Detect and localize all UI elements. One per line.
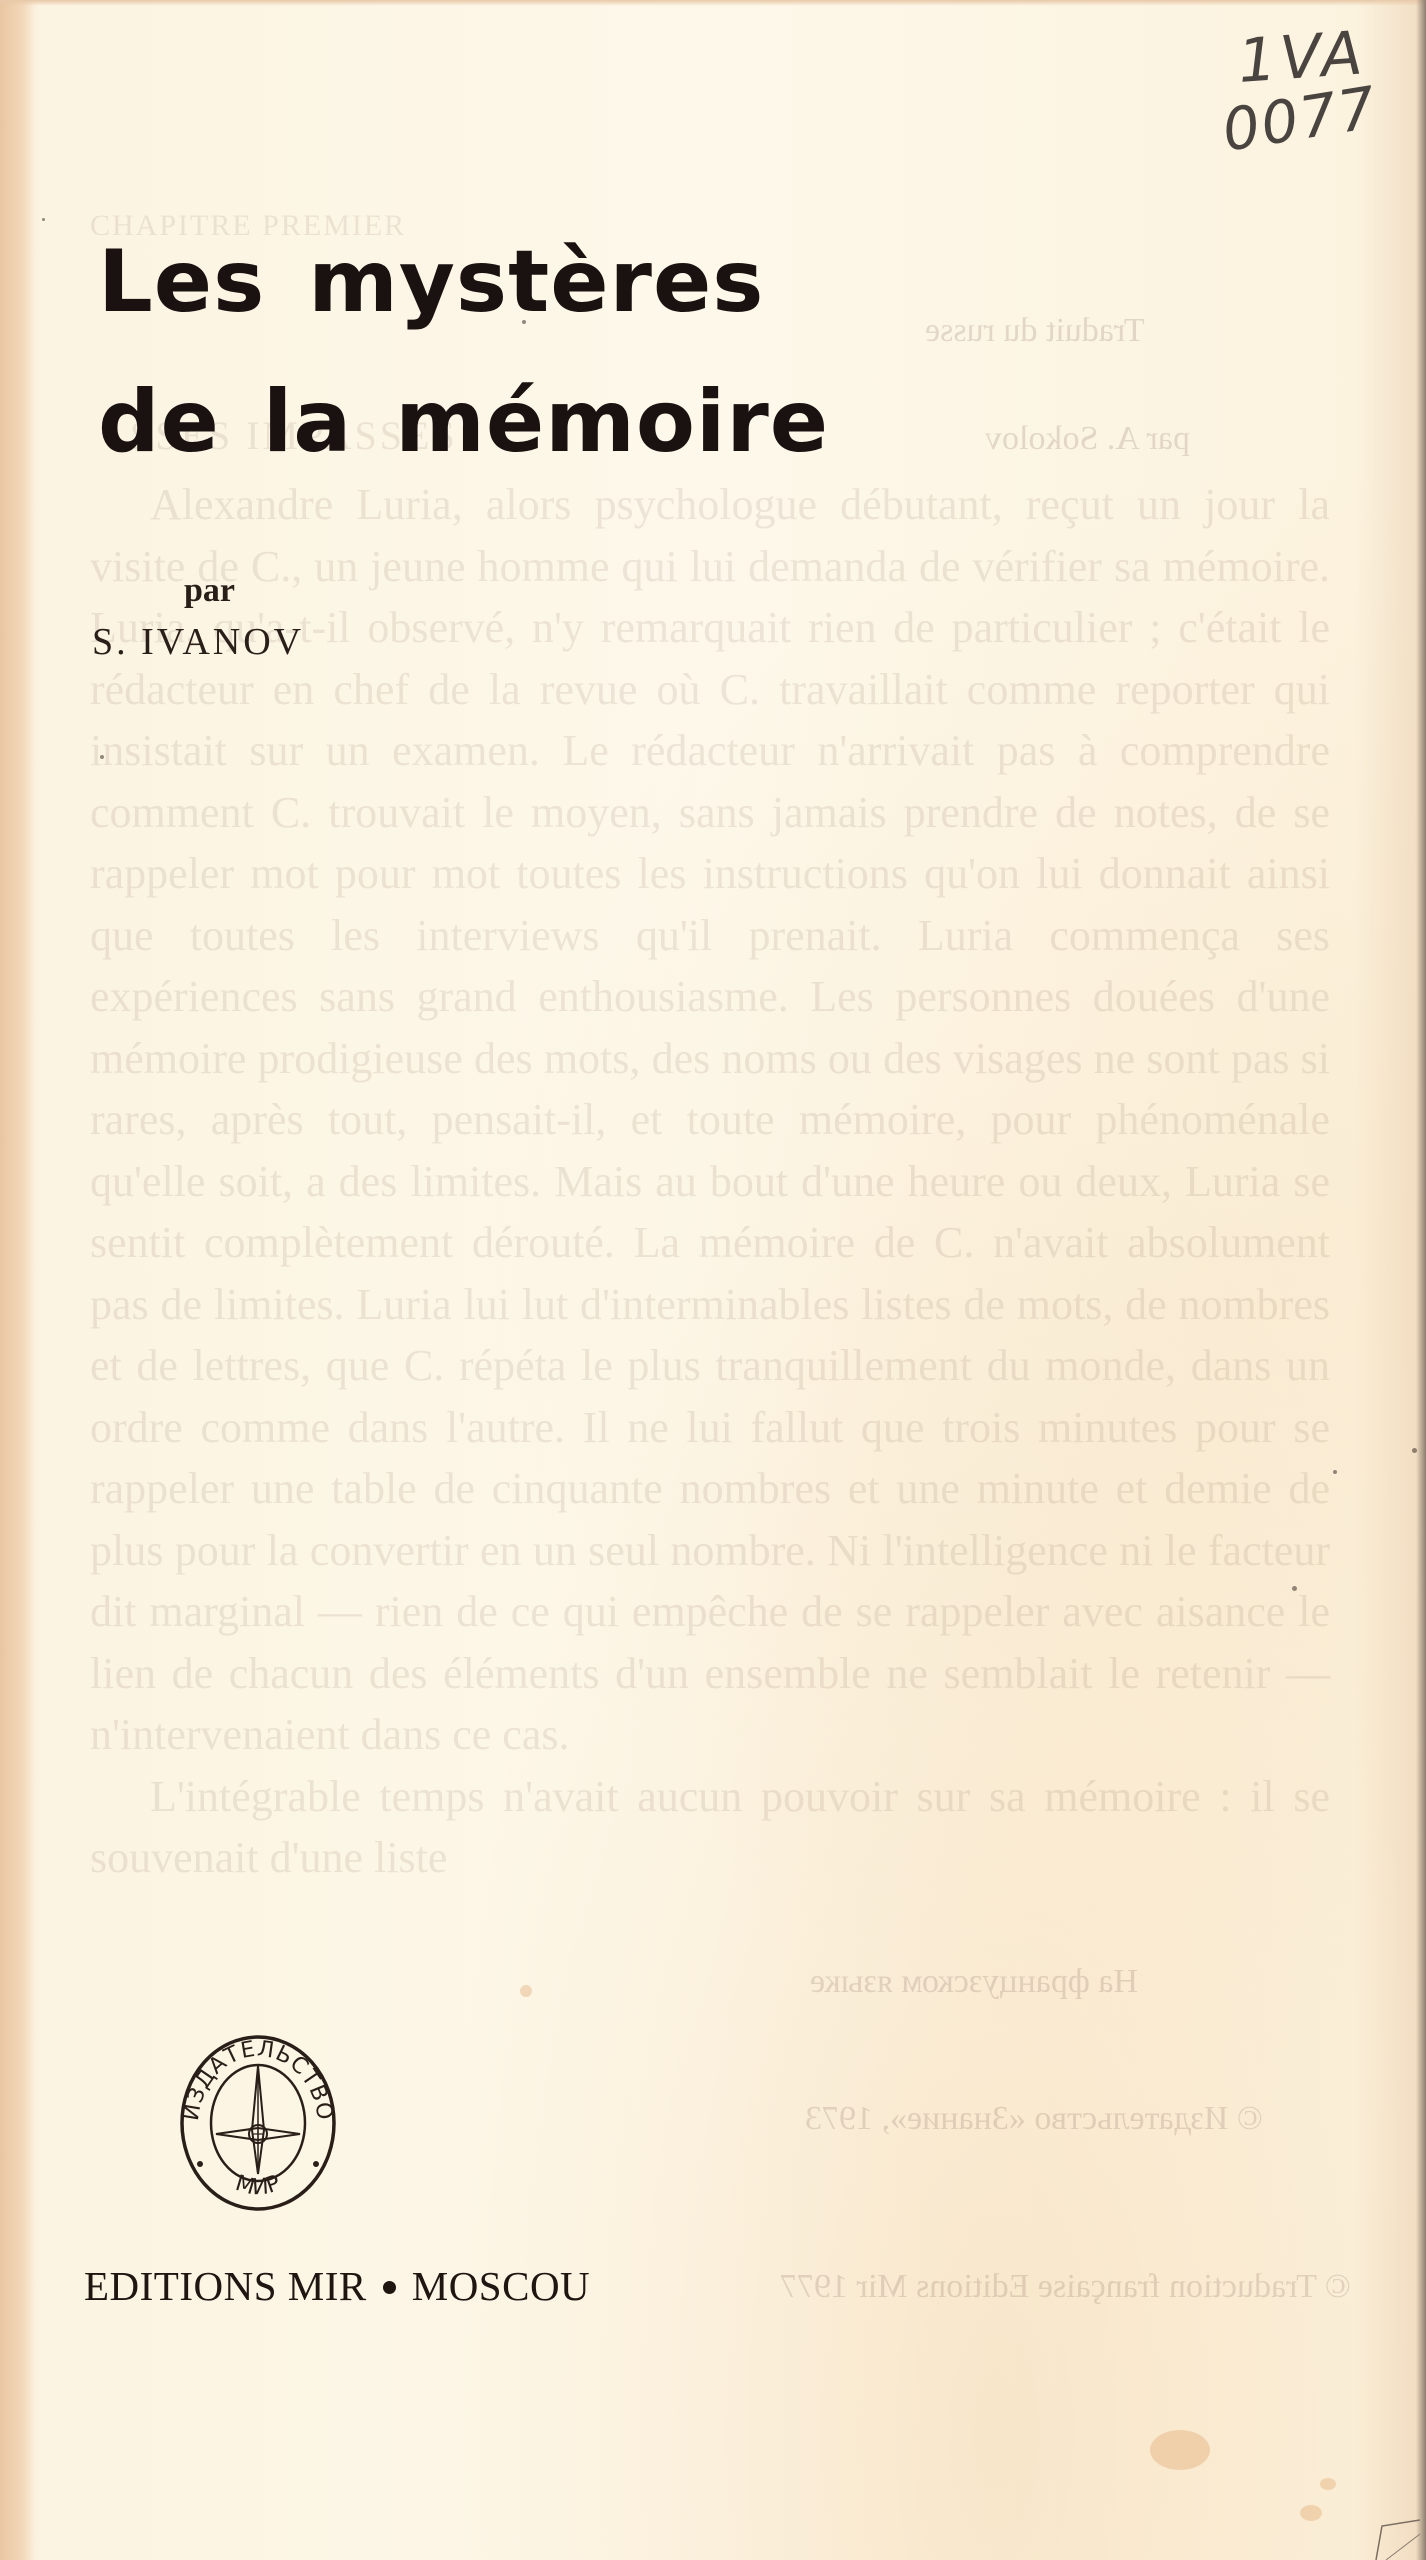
foxing-stain bbox=[520, 1985, 532, 1997]
page-gutter bbox=[0, 0, 34, 2560]
svg-text:МИР: МИР bbox=[232, 2171, 283, 2201]
title-line-1: Les mystères bbox=[98, 212, 829, 352]
bleed-paragraph: Alexandre Luria, alors psychologue début… bbox=[90, 474, 1330, 1766]
bleed-translator-name: par A. Sokolov bbox=[985, 420, 1190, 458]
title-line-2: de la mémoire bbox=[98, 352, 829, 492]
bleed-copyright-ru: © Издательство «Знание», 1973 bbox=[805, 2100, 1263, 2138]
byline-prefix: par bbox=[184, 572, 235, 610]
foxing-stain bbox=[1150, 2430, 1210, 2470]
bleed-language-note: На французском языке bbox=[810, 1963, 1138, 2001]
bleed-paragraph: L'intégrable temps n'avait aucun pouvoir… bbox=[90, 1766, 1330, 1889]
paper-speck bbox=[42, 218, 45, 221]
folded-corner-icon bbox=[1362, 2518, 1420, 2560]
bullet-separator-icon bbox=[383, 2281, 396, 2294]
paper-speck bbox=[100, 755, 104, 759]
logo-bottom-text: МИР bbox=[232, 2171, 283, 2201]
author-name: S. IVANOV bbox=[92, 620, 304, 664]
foxing-stain bbox=[1320, 2478, 1336, 2490]
paper-speck bbox=[1412, 1448, 1417, 1453]
paper-speck bbox=[1292, 1586, 1297, 1591]
page-right-edge bbox=[1416, 0, 1426, 2560]
bleed-copyright-fr: © Traduction française Editions Mir 1977 bbox=[780, 2268, 1351, 2306]
paper-speck bbox=[1333, 1470, 1337, 1474]
publisher-imprint: EDITIONS MIRMOSCOU bbox=[84, 2262, 590, 2310]
handwritten-call-number: 1VA 0077 bbox=[1216, 23, 1380, 154]
paper-speck bbox=[522, 320, 526, 324]
publisher-logo: ИЗДАТЕЛЬСТВО МИР bbox=[178, 2034, 338, 2212]
book-title: Les mystères de la mémoire bbox=[98, 212, 829, 492]
publisher-city: MOSCOU bbox=[412, 2263, 590, 2309]
publisher-name: EDITIONS MIR bbox=[84, 2263, 367, 2309]
page-top-edge bbox=[0, 0, 1426, 6]
bleed-translator-line: Traduit du russe bbox=[925, 312, 1145, 350]
book-page: CHAPITRE PREMIER SSES IMPASSES Alexandre… bbox=[0, 0, 1426, 2560]
mir-compass-emblem-icon: ИЗДАТЕЛЬСТВО МИР bbox=[178, 2034, 338, 2212]
foxing-stain bbox=[1300, 2505, 1322, 2521]
